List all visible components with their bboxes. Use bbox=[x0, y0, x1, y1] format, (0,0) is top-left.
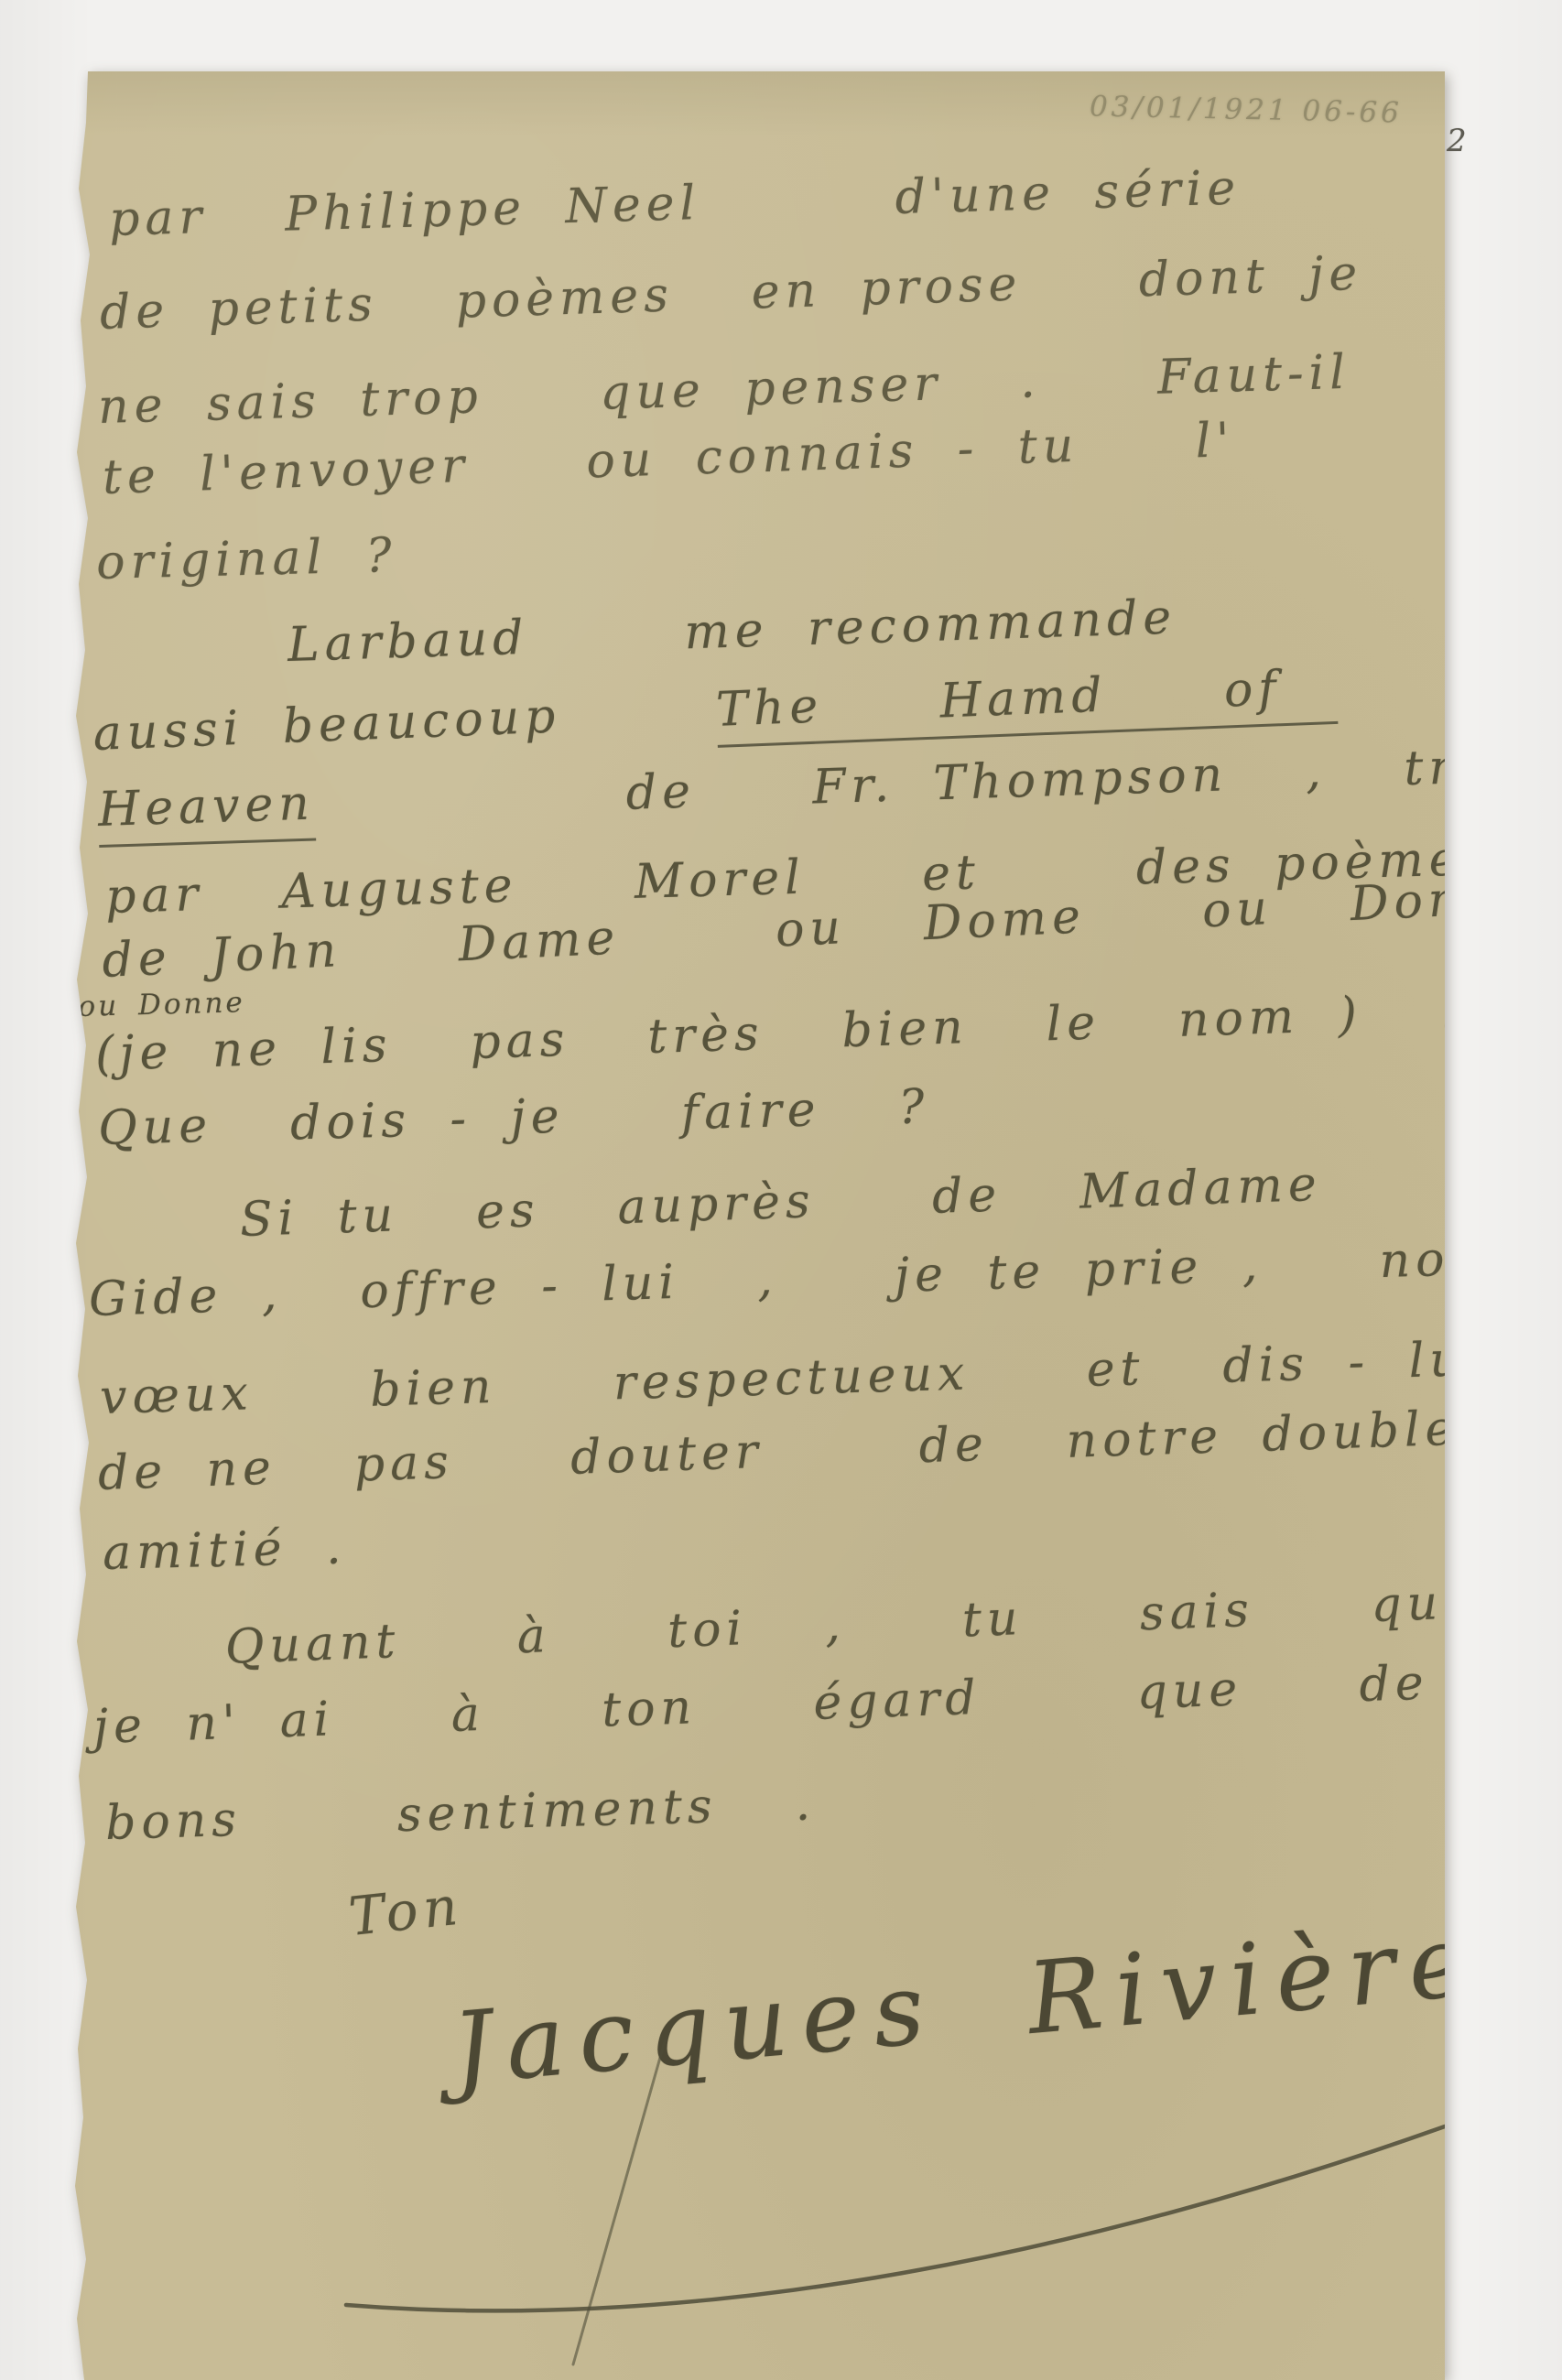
letter-line: Que dois - je faire ? bbox=[97, 1079, 930, 1156]
letter-line: par Philippe Neel d'une série bbox=[108, 161, 1242, 247]
letter-line: amitié . bbox=[103, 1520, 348, 1581]
letter-line-segment: de Fr. Thompson , traduit bbox=[314, 735, 1562, 830]
letter-line: aussi beaucoup The Hamd of bbox=[92, 659, 1338, 762]
letter-line: de petits poèmes en prose dont je bbox=[99, 246, 1363, 341]
letter-line: (je ne lis pas très bien le nom ) . bbox=[94, 984, 1461, 1082]
letter-line: Si tu es auprès de Madame bbox=[239, 1157, 1323, 1248]
letter-paper: 03/01/1921 06-66 par Philippe Neel d'une… bbox=[71, 71, 1445, 2380]
interlinear-note: ou Donne bbox=[78, 986, 245, 1023]
scanned-letter-page: { "annotations": { "stamp": "03/01/1921 … bbox=[0, 0, 1562, 2380]
archive-date-stamp: 03/01/1921 06-66 bbox=[1090, 90, 1404, 129]
letter-line: original ? bbox=[96, 528, 398, 590]
signature: Jacques Rivière bbox=[448, 1903, 1485, 2107]
signature-underline-stroke bbox=[346, 2126, 1445, 2310]
underlined-title-segment: Heaven bbox=[97, 776, 316, 848]
letter-line: bons sentiments . bbox=[104, 1776, 816, 1851]
page-number: 2 bbox=[1447, 123, 1467, 159]
letter-line-segment: aussi beaucoup bbox=[92, 683, 718, 762]
closing-word: Ton bbox=[346, 1874, 466, 1948]
letter-paper-wrapper: 03/01/1921 06-66 par Philippe Neel d'une… bbox=[71, 71, 1445, 2380]
letter-line: Larbaud me recommande bbox=[287, 590, 1177, 673]
underlined-title-segment: The Hamd of bbox=[715, 659, 1338, 748]
